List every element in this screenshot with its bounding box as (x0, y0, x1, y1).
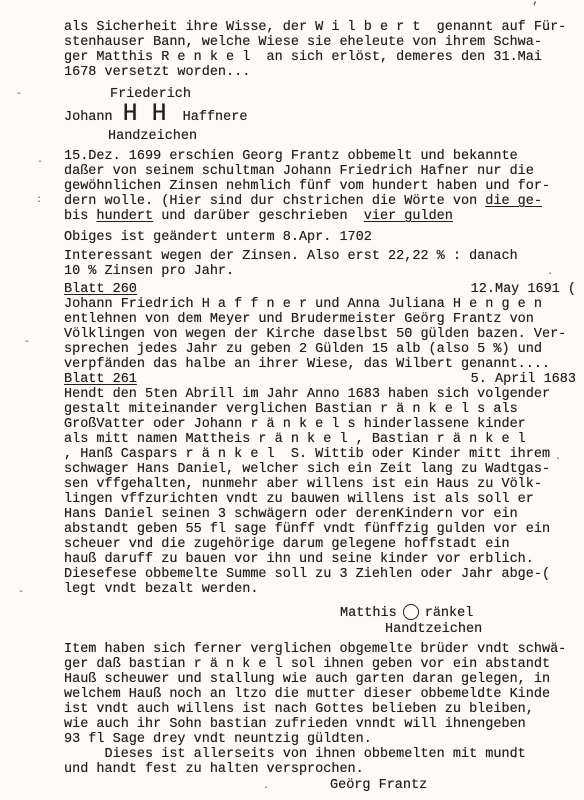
scanned-document-page: als Sicherheit ihre Wisse, der W i l b e… (0, 0, 584, 800)
paragraph-blatt-261: Hendt den 5ten Abrill im Jahr Anno 1683 … (64, 387, 576, 597)
scan-speck: - (16, 90, 22, 100)
text-line: 1678 versetzt worden... (64, 65, 576, 80)
signature-caption: Handtzeichen (64, 622, 576, 637)
heading-blatt-260: Blatt 260 12.May 1691 ( (64, 282, 576, 297)
document-body: als Sicherheit ihre Wisse, der W i l b e… (64, 20, 576, 793)
signature-line: Johann H H Haffnere (64, 101, 576, 129)
text-line: lingen vffzurichten vndt zu bauwen wille… (64, 492, 576, 507)
text-line: entlehnen von dem Meyer und Brudermeiste… (64, 312, 576, 327)
paragraph-1699-zinsen: 15.Dez. 1699 erschien Georg Frantz obbem… (64, 149, 576, 224)
text-line: ger daß bastian r ä n k e l sol ihnen ge… (64, 657, 576, 672)
text-line: Dieses ist allerseits von ihnen obbemelt… (64, 747, 576, 762)
signature-frantz: Geörg Frantz (64, 778, 576, 793)
signature-prename: Johann (64, 110, 113, 125)
text-line: Interessant wegen der Zinsen. Also erst … (64, 249, 576, 264)
text-line: 15.Dez. 1699 erschien Georg Frantz obbem… (64, 149, 576, 164)
blatt-260-date: 12.May 1691 ( (471, 282, 576, 297)
signature-prename: Matthis (340, 606, 397, 621)
scan-speck: · (555, 455, 561, 465)
text-line: ger Matthis R e n k e l an sich erlöst, … (64, 50, 576, 65)
scan-speck: ’ (531, 3, 539, 13)
text-line: ist vndt auch willens ist nach Gottes be… (64, 702, 576, 717)
blatt-260-label: Blatt 260 (64, 282, 137, 297)
text-line: dern wolle. (Hier sind dur chstrichen di… (64, 194, 576, 209)
text-line: GroßVatter oder Johann r ä n k e l s hin… (64, 417, 576, 432)
text-line: und handt fest zu halten versprochen. (64, 762, 576, 777)
signature-surname: Haffnere (183, 110, 248, 125)
text-line: Johann Friedrich H a f f n e r und Anna … (64, 297, 576, 312)
text-line: daßer von seinem schultman Johann Friedr… (64, 164, 576, 179)
paragraph-closing: Dieses ist allerseits von ihnen obbemelt… (64, 747, 576, 777)
text-line: , Hanß Caspars r ä n k e l S. Wittib ode… (64, 447, 576, 462)
scan-speck: · (547, 270, 553, 280)
scan-speck: - (24, 338, 30, 348)
text-line: gestalt miteinander verglichen Bastian r… (64, 402, 576, 417)
handmark-h-icon: H (152, 101, 167, 127)
text-line: sen vffgehalten, nunmehr aber willens is… (64, 477, 576, 492)
text-line: abstandt geben 55 fl sage fünff vndt fün… (64, 522, 576, 537)
text-line: Hauß scheuwer und stallung wie auch gart… (64, 672, 576, 687)
paragraph-blatt-260: Johann Friedrich H a f f n e r und Anna … (64, 297, 576, 372)
text-line: Diesefese obbemelte Summe soll zu 3 Zieh… (64, 567, 576, 582)
note-1702: Obiges ist geändert unterm 8.Apr. 1702 (64, 230, 576, 245)
text-line: gewöhnlichen Zinsen nehmlich fünf vom hu… (64, 179, 576, 194)
blatt-261-label: Blatt 261 (64, 372, 137, 387)
paragraph-interest-note: Interessant wegen der Zinsen. Also erst … (64, 249, 576, 279)
text-line: verpfänden das halbe an ihrer Wiese, das… (64, 357, 576, 372)
scan-speck: : (36, 196, 42, 206)
circle-handmark-icon (403, 604, 419, 620)
text-line: legt vndt bezalt werden. (64, 582, 576, 597)
blatt-261-date: 5. April 1683 (471, 372, 576, 387)
signature-line: Matthis ränkel (64, 604, 576, 622)
text-line: Hendt den 5ten Abrill im Jahr Anno 1683 … (64, 387, 576, 402)
text-line: wie auch ihr Sohn bastian zufrieden vnnd… (64, 717, 576, 732)
text-line: bis hundert und darüber geschrieben vier… (64, 209, 576, 224)
text-line: Völklingen von wegen der Kirche daselbst… (64, 327, 576, 342)
scan-speck: · (512, 754, 518, 764)
text-line: sprechen jedes Jahr zu geben 2 Gülden 15… (64, 342, 576, 357)
scan-speck: · (263, 784, 269, 794)
scan-speck: - (18, 588, 24, 598)
signature-surname: ränkel (425, 606, 474, 621)
text-line: Item haben sich ferner verglichen obgeme… (64, 642, 576, 657)
text-line: scheuer vnd die zugehörige darum gelegen… (64, 537, 576, 552)
text-line: als mitt namen Mattheis r ä n k e l , Ba… (64, 432, 576, 447)
text-line: 10 % Zinsen pro Jahr. (64, 264, 576, 279)
signature-block-raenkel: Matthis ränkel Handtzeichen (64, 604, 576, 637)
paragraph-security-wiese: als Sicherheit ihre Wisse, der W i l b e… (64, 20, 576, 80)
signature-block-haffner: Friederich Johann H H Haffnere Handzeich… (64, 88, 576, 144)
handmark-h-icon: H (123, 101, 138, 127)
signature-caption: Handzeichen (64, 129, 576, 144)
scan-speck: · (37, 158, 43, 168)
text-line: als Sicherheit ihre Wisse, der W i l b e… (64, 20, 576, 35)
text-line: 93 fl Sage drey vndt neuntzig güldten. (64, 732, 576, 747)
text-line: welchem Hauß noch an ltzo die mutter die… (64, 687, 576, 702)
text-line: stenhauser Bann, welche Wiese sie eheleu… (64, 35, 576, 50)
heading-blatt-261: Blatt 261 5. April 1683 (64, 372, 576, 387)
signature-inserted-name: Friederich (64, 88, 576, 101)
text-line: schwager Hans Daniel, welcher sich ein Z… (64, 462, 576, 477)
text-line: Hans Daniel seinen 3 schwägern oder dere… (64, 507, 576, 522)
text-line: hauß daruff zu bauen vor ihn und seine k… (64, 552, 576, 567)
paragraph-item-abstandt: Item haben sich ferner verglichen obgeme… (64, 642, 576, 747)
